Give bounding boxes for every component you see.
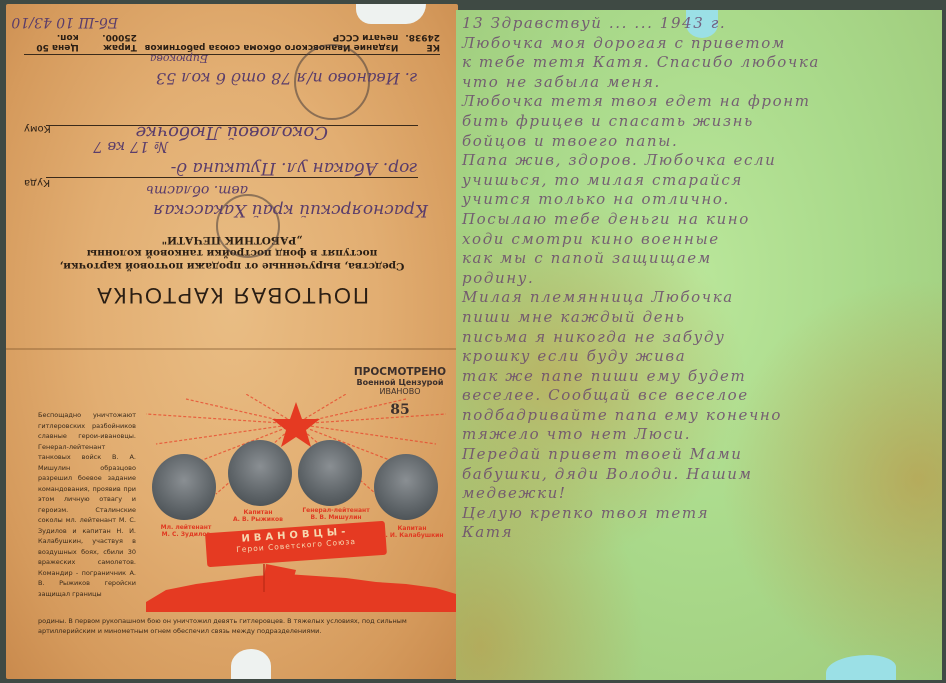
letter-line: бойцов и твоего папы. [462, 132, 932, 152]
letter-line: бить фрицев и спасать жизнь [462, 112, 932, 132]
publisher-line: КЕ 24938. Издание Ивановского обкома сою… [24, 32, 440, 52]
hero-name: А. В. Рыжиков [218, 516, 298, 523]
letter-line: письма я никогда не забуду [462, 328, 932, 348]
letter-line: пиши мне каждый день [462, 308, 932, 328]
hero-portrait [152, 454, 216, 520]
paper-hole [826, 655, 896, 680]
letter-line: бабушки, дяди Володи. Нашим [462, 465, 932, 485]
red-star-icon [272, 402, 320, 447]
fold-line [6, 348, 458, 350]
letter-line: что не забыла меня. [462, 73, 932, 93]
divider [24, 54, 440, 55]
censor-line: ПРОСМОТРЕНО [350, 366, 450, 378]
hero-banner: ИВАНОВЦЫ- Герои Советского Союза [205, 521, 387, 567]
hero-portrait [228, 440, 292, 506]
story-text: Беспощадно уничтожают гитлеровских разбо… [38, 410, 136, 599]
address-line: Красноярский край Хакасская [153, 200, 428, 220]
letter-line: Милая племянница Любочка [462, 288, 932, 308]
handwritten-letter: 13 Здравствуй ... ... 1943 г.Любочка моя… [456, 10, 942, 680]
hero-name: В. В. Мишулин [296, 514, 376, 521]
print-code: КЕ 24938. [398, 32, 440, 52]
sender-address: г. Иваново п/я 78 отд 6 кол 53 [156, 69, 418, 88]
letter-line: как мы с папой защищаем [462, 249, 932, 269]
letter-line: Передай привет твоей Мами [462, 445, 932, 465]
letter-line: родину. [462, 269, 932, 289]
hero-rank: Капитан [218, 509, 298, 516]
letter-line: Любочка тетя твоя едет на фронт [462, 92, 932, 112]
letter-line: веселее. Сообщай все веселое [462, 386, 932, 406]
address-line: авт. область [146, 182, 248, 198]
letter-line: учится только на отлично. [462, 190, 932, 210]
letter-line: так же папе пиши ему будет [462, 367, 932, 387]
letter-line: подбадривайте папа ему конечно [462, 406, 932, 426]
letter-line: Посылаю тебе деньги на кино [462, 210, 932, 230]
letter-line: тяжело что нет Люси. [462, 425, 932, 445]
postcard-front: КЕ 24938. Издание Ивановского обкома сою… [6, 4, 458, 679]
torn-edge [231, 649, 271, 679]
address-line: гор. Абакан ул. Пушкина д- [171, 158, 418, 178]
address-side: КЕ 24938. Издание Ивановского обкома сою… [6, 4, 458, 348]
letter-line: Целую крепко твоя тетя [462, 504, 932, 524]
letter-line: Катя [462, 523, 932, 543]
corner-note: Бб-Ш 10 43/10 [11, 14, 118, 30]
publisher: Издание Ивановского обкома союза работни… [137, 32, 398, 52]
hero-rank: Мл. лейтенант [146, 524, 226, 531]
letter-line: Папа жив, здоров. Любочка если [462, 151, 932, 171]
letter-line: Любочка моя дорогая с приветом [462, 34, 932, 54]
letter-line: крошку если буду жива [462, 347, 932, 367]
letter-line: медвежки! [462, 484, 932, 504]
letter-line: учишься, то милая старайся [462, 171, 932, 191]
hero-rank: Генерал-лейтенант [296, 507, 376, 514]
letter-body: 13 Здравствуй ... ... 1943 г.Любочка моя… [462, 14, 932, 543]
marching-soldiers-illustration [146, 562, 456, 612]
censor-line: Военной Цензурой [350, 378, 450, 387]
letter-line: ходи смотри кино военные [462, 230, 932, 250]
hero-caption: Генерал-лейтенант В. В. Мишулин [296, 507, 376, 521]
price: Цена 50 коп. [24, 32, 79, 52]
hero-portrait [374, 454, 438, 520]
postcard-title: ПОЧТОВАЯ КАРТОЧКА [66, 282, 398, 308]
sender-note: Бирюкова [150, 52, 208, 65]
circulation: Тираж 25000. [79, 32, 137, 52]
letter-line: к тебе тетя Катя. Спасибо любочка [462, 53, 932, 73]
hero-caption: Капитан А. В. Рыжиков [218, 509, 298, 523]
letter-line: 13 Здравствуй ... ... 1943 г. [462, 14, 932, 34]
story-text-bottom: родины. В первом рукопашном бою он уничт… [38, 616, 450, 636]
hero-portrait [298, 440, 362, 506]
recipient-name: Соколовой Любочке [136, 122, 328, 143]
label-to-where: Куда [24, 177, 50, 188]
heroes-poster: Мл. лейтенант М. С. Зудилов Капитан А. В… [146, 394, 456, 619]
